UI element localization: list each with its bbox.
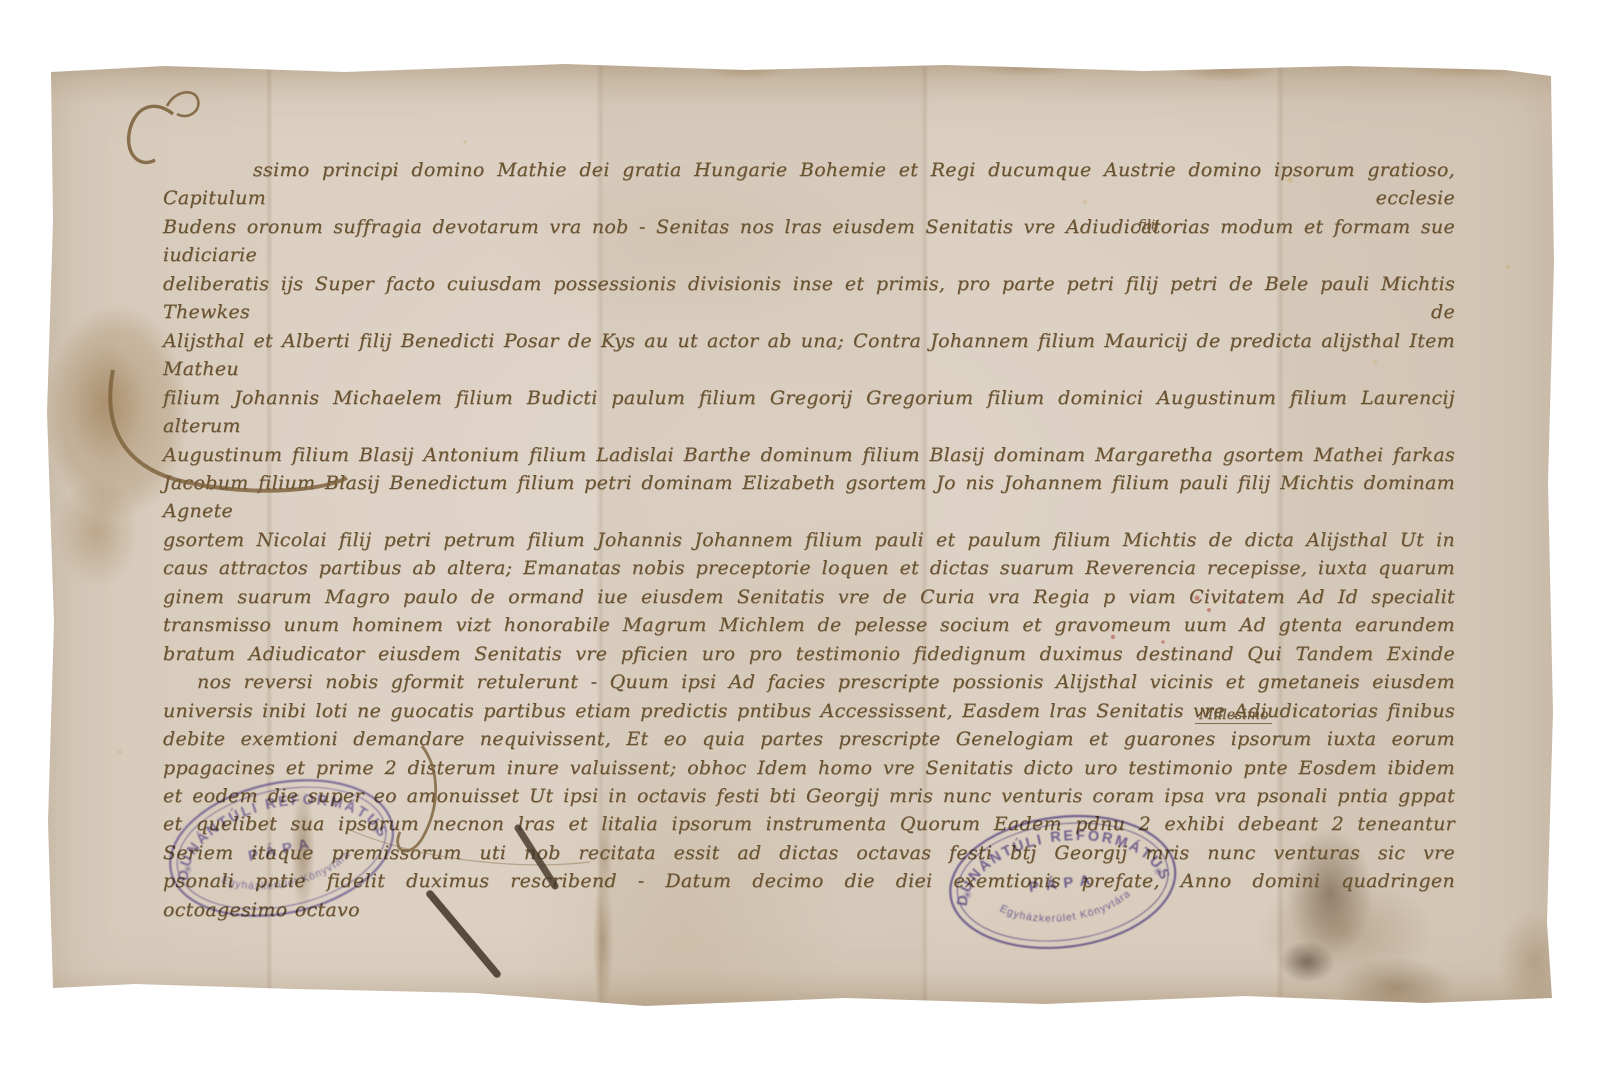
- photo-background: ssimo principi domino Mathie dei gratia …: [0, 0, 1600, 1068]
- manuscript-line: Alijsthal et Alberti filij Benedicti Pos…: [163, 327, 1455, 384]
- manuscript-line: transmisso unum hominem vizt honorabile …: [163, 611, 1455, 639]
- interlinear-note-millesimo: Millesimo: [1195, 707, 1272, 724]
- manuscript-line: Augustinum filium Blasij Antonium filium…: [163, 441, 1455, 469]
- manuscript-line: nos reversi nobis gformit retulerunt - Q…: [163, 668, 1455, 696]
- manuscript-line: gsortem Nicolai filij petri petrum filiu…: [163, 526, 1455, 554]
- stamp-star-left-icon: ✳: [962, 888, 973, 902]
- stamp-star-right-icon: ✳: [370, 822, 382, 837]
- interlinear-note-filij: filij: [1138, 218, 1159, 233]
- stamp-star-right-icon: ✳: [1153, 865, 1164, 879]
- manuscript-line: filium Johannis Michaelem filium Budicti…: [163, 384, 1455, 441]
- stamp-top-arc-text: DUNÁNTÚLI REFORMÁTUS: [947, 816, 1174, 909]
- library-stamp-right: DUNÁNTÚLI REFORMÁTUS PÁPA ✳ ✳ Egyházkerü…: [935, 793, 1192, 975]
- ink-mark-co: [129, 92, 199, 162]
- stamp-center-text: PÁPA: [247, 834, 318, 865]
- manuscript-line: bratum Adiudicator eiusdem Senitatis vre…: [163, 640, 1455, 668]
- charter-parchment: ssimo principi domino Mathie dei gratia …: [45, 62, 1555, 1008]
- manuscript-line: deliberatis ijs Super facto cuiusdam pos…: [163, 270, 1455, 327]
- manuscript-line: debite exemtioni demandare nequivissent,…: [163, 725, 1455, 753]
- manuscript-line: Jacobum filium Blasij Benedictum filium …: [163, 469, 1455, 526]
- manuscript-line: caus attractos partibus ab altera; Emana…: [163, 554, 1455, 582]
- svg-text:DUNÁNTÚLI REFORMÁTUS: DUNÁNTÚLI REFORMÁTUS: [947, 816, 1174, 909]
- svg-text:Egyházkerület Könyvtára: Egyházkerület Könyvtára: [997, 887, 1136, 932]
- manuscript-line: Budens oronum suffragia devotarum vra no…: [163, 213, 1455, 270]
- stamp-bottom-arc-text: Egyházkerület Könyvtára: [997, 887, 1136, 932]
- stamp-center-text: PÁPA: [1028, 871, 1098, 896]
- manuscript-line: ginem suarum Magro paulo de ormand iue e…: [163, 583, 1455, 611]
- manuscript-line: ssimo principi domino Mathie dei gratia …: [163, 156, 1455, 213]
